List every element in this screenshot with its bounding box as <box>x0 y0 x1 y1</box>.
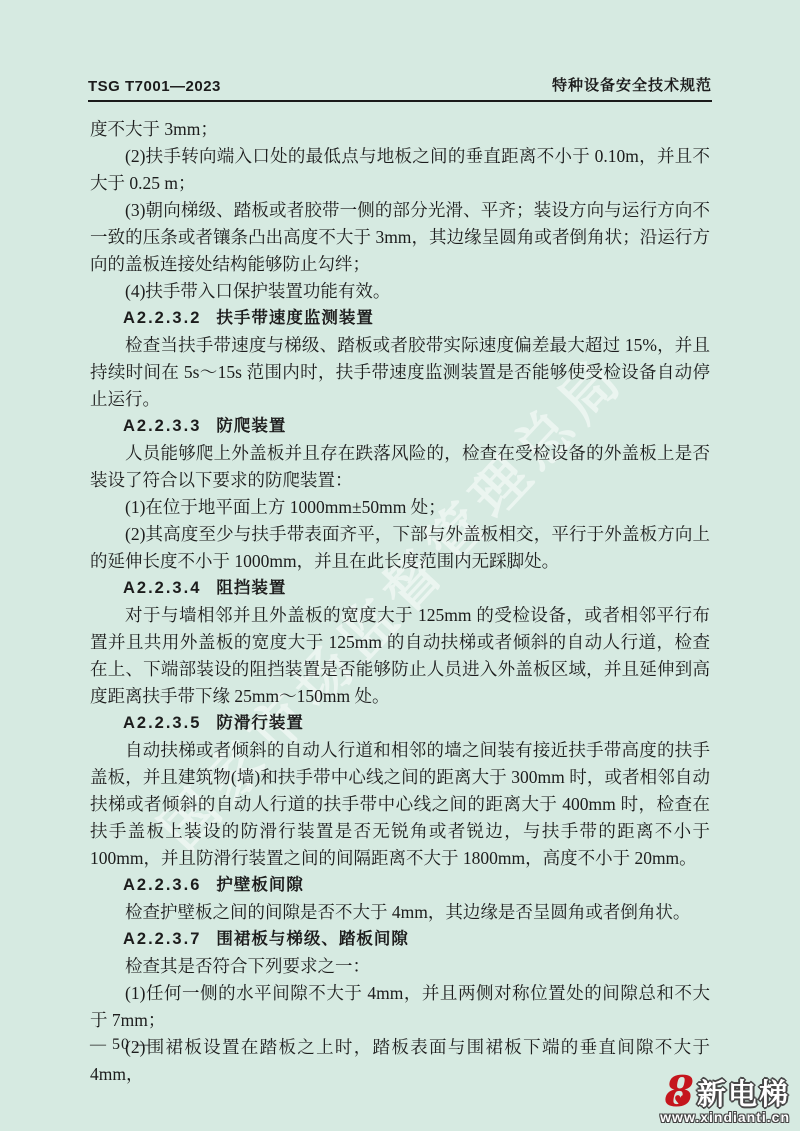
section-title: 围裙板与梯级、踏板间隙 <box>216 930 409 948</box>
paragraph: 对于与墙相邻并且外盖板的宽度大于 125mm 的受检设备，或者相邻平行布置并且共… <box>90 602 710 710</box>
section-heading: A2.2.3.5防滑行装置 <box>90 710 710 737</box>
section-heading: A2.2.3.7围裙板与梯级、踏板间隙 <box>90 926 710 953</box>
paragraph: 检查其是否符合下列要求之一： <box>90 953 710 980</box>
paragraph: (1)在位于地平面上方 1000mm±50mm 处； <box>90 494 710 521</box>
paragraph: (2)其高度至少与扶手带表面齐平，下部与外盖板相交，平行于外盖板方向上的延伸长度… <box>90 521 710 575</box>
paragraph: 检查护壁板之间的间隙是否不大于 4mm，其边缘是否呈圆角或者倒角状。 <box>90 899 710 926</box>
page-number: — 50 — <box>90 1036 152 1054</box>
section-heading: A2.2.3.3防爬装置 <box>90 413 710 440</box>
section-title: 护壁板间隙 <box>216 876 304 894</box>
spec-title: 特种设备安全技术规范 <box>552 74 712 95</box>
section-number: A2.2.3.4 <box>123 579 201 597</box>
paragraph: (2)扶手转向端入口处的最低点与地板之间的垂直距离不小于 0.10m，并且不大于… <box>90 143 710 197</box>
section-number: A2.2.3.7 <box>123 930 201 948</box>
section-heading: A2.2.3.2扶手带速度监测装置 <box>90 305 710 332</box>
section-heading: A2.2.3.4阻挡装置 <box>90 575 710 602</box>
document-body: 度不大于 3mm； (2)扶手转向端入口处的最低点与地板之间的垂直距离不小于 0… <box>90 116 710 1088</box>
paragraph: (1)任何一侧的水平间隙不大于 4mm，并且两侧对称位置处的间隙总和不大于 7m… <box>90 980 710 1034</box>
paragraph: (4)扶手带入口保护装置功能有效。 <box>90 278 710 305</box>
xindianti-logo: 8♥ 新电梯 www.xindianti.cn <box>660 1074 790 1125</box>
section-number: A2.2.3.3 <box>123 417 201 435</box>
paragraph: 度不大于 3mm； <box>90 116 710 143</box>
paragraph: (2)围裙板设置在踏板之上时，踏板表面与围裙板下端的垂直间隙不大于 4mm， <box>90 1034 710 1088</box>
section-number: A2.2.3.6 <box>123 876 201 894</box>
red-swirl-icon: 8♥ <box>665 1074 694 1110</box>
document-page: TSG T7001—2023 特种设备安全技术规范 国家市场监督管理总局 度不大… <box>0 0 800 1131</box>
paragraph: 自动扶梯或者倾斜的自动人行道和相邻的墙之间装有接近扶手带高度的扶手盖板，并且建筑… <box>90 737 710 872</box>
page-header: TSG T7001—2023 特种设备安全技术规范 <box>88 74 712 102</box>
section-title: 阻挡装置 <box>216 579 286 597</box>
section-heading: A2.2.3.6护壁板间隙 <box>90 872 710 899</box>
logo-row: 8♥ 新电梯 <box>660 1074 790 1110</box>
section-title: 防爬装置 <box>216 417 286 435</box>
logo-name: 新电梯 <box>697 1080 790 1110</box>
section-number: A2.2.3.5 <box>123 714 201 732</box>
section-title: 扶手带速度监测装置 <box>216 309 374 327</box>
paragraph: (3)朝向梯级、踏板或者胶带一侧的部分光滑、平齐；装设方向与运行方向不一致的压条… <box>90 197 710 278</box>
section-title: 防滑行装置 <box>216 714 304 732</box>
paragraph: 人员能够爬上外盖板并且存在跌落风险的，检查在受检设备的外盖板上是否装设了符合以下… <box>90 440 710 494</box>
spec-code: TSG T7001—2023 <box>88 78 221 95</box>
section-number: A2.2.3.2 <box>123 309 201 327</box>
heart-icon: ♥ <box>674 1094 687 1109</box>
paragraph: 检查当扶手带速度与梯级、踏板或者胶带实际速度偏差最大超过 15%，并且持续时间在… <box>90 332 710 413</box>
